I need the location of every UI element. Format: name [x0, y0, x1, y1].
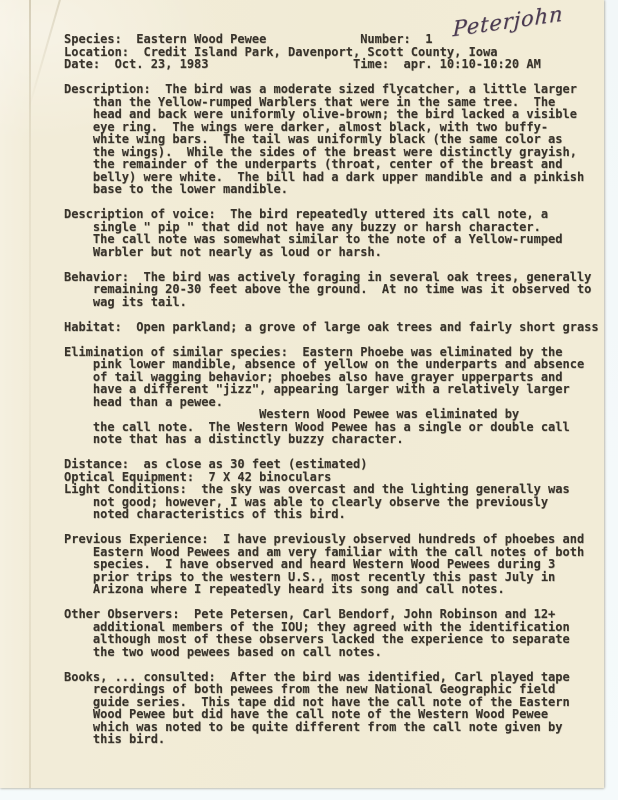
document-line: Other Observers: Pete Petersen, Carl Ben…	[64, 608, 604, 621]
document-page: Peterjohn Species: Eastern Wood Pewee Nu…	[0, 0, 604, 788]
document-line: this bird.	[64, 733, 604, 746]
document-line: head and back were uniformly olive-brown…	[64, 108, 604, 121]
document-line: The call note was somewhat similar to th…	[64, 233, 604, 246]
document-line: base to the lower mandible.	[64, 183, 604, 196]
document-line: Western Wood Pewee was eliminated by	[64, 408, 604, 421]
document-line: note that has a distinctly buzzy charact…	[64, 433, 604, 446]
document-line: Habitat: Open parkland; a grove of large…	[64, 321, 604, 334]
document-line: Description of voice: The bird repeatedl…	[64, 208, 604, 221]
section-header: Species: Eastern Wood Pewee Number: 1Loc…	[64, 33, 604, 71]
section-habitat: Habitat: Open parkland; a grove of large…	[64, 321, 604, 334]
document-line: remaining 20-30 feet above the ground. A…	[64, 283, 604, 296]
section-other-observers: Other Observers: Pete Petersen, Carl Ben…	[64, 608, 604, 658]
document-text: Species: Eastern Wood Pewee Number: 1Loc…	[64, 33, 604, 746]
paper-crease-vertical	[29, 0, 31, 788]
document-line: Wood Pewee but did have the call note of…	[64, 708, 604, 721]
document-line: Distance: as close as 30 feet (estimated…	[64, 458, 604, 471]
document-line: white wing bars. The tail was uniformly …	[64, 133, 604, 146]
section-description: Description: The bird was a moderate siz…	[64, 83, 604, 196]
document-line: recordings of both pewees from the new N…	[64, 683, 604, 696]
document-line: Warbler but not nearly as loud or harsh.	[64, 246, 604, 259]
scanner-background: Peterjohn Species: Eastern Wood Pewee Nu…	[0, 0, 618, 800]
document-line: Previous Experience: I have previously o…	[64, 533, 604, 546]
document-line: Arizona where I repeatedly heard its son…	[64, 583, 604, 596]
paper-crease-diagonal	[28, 0, 63, 110]
document-line: pink lower mandible, absence of yellow o…	[64, 358, 604, 371]
section-description-of-voice: Description of voice: The bird repeatedl…	[64, 208, 604, 258]
section-behavior: Behavior: The bird was actively foraging…	[64, 271, 604, 309]
document-line: although most of these observers lacked …	[64, 633, 604, 646]
document-line: the two wood pewees based on call notes.	[64, 646, 604, 659]
document-line: Light Conditions: the sky was overcast a…	[64, 483, 604, 496]
document-line: Description: The bird was a moderate siz…	[64, 83, 604, 96]
section-viewing-conditions: Distance: as close as 30 feet (estimated…	[64, 458, 604, 521]
document-line: have a different "jizz", appearing large…	[64, 383, 604, 396]
section-books-consulted: Books, ... consulted: After the bird was…	[64, 671, 604, 746]
document-line: Species: Eastern Wood Pewee Number: 1	[64, 33, 604, 46]
document-line: noted characteristics of this bird.	[64, 508, 604, 521]
section-elimination-of-similar-species: Elimination of similar species: Eastern …	[64, 346, 604, 446]
document-line: species. I have observed and heard Weste…	[64, 558, 604, 571]
section-previous-experience: Previous Experience: I have previously o…	[64, 533, 604, 596]
document-line: wag its tail.	[64, 296, 604, 309]
document-line: Date: Oct. 23, 1983 Time: apr. 10:10-10:…	[64, 58, 604, 71]
document-line: the remainder of the underparts (throat,…	[64, 158, 604, 171]
